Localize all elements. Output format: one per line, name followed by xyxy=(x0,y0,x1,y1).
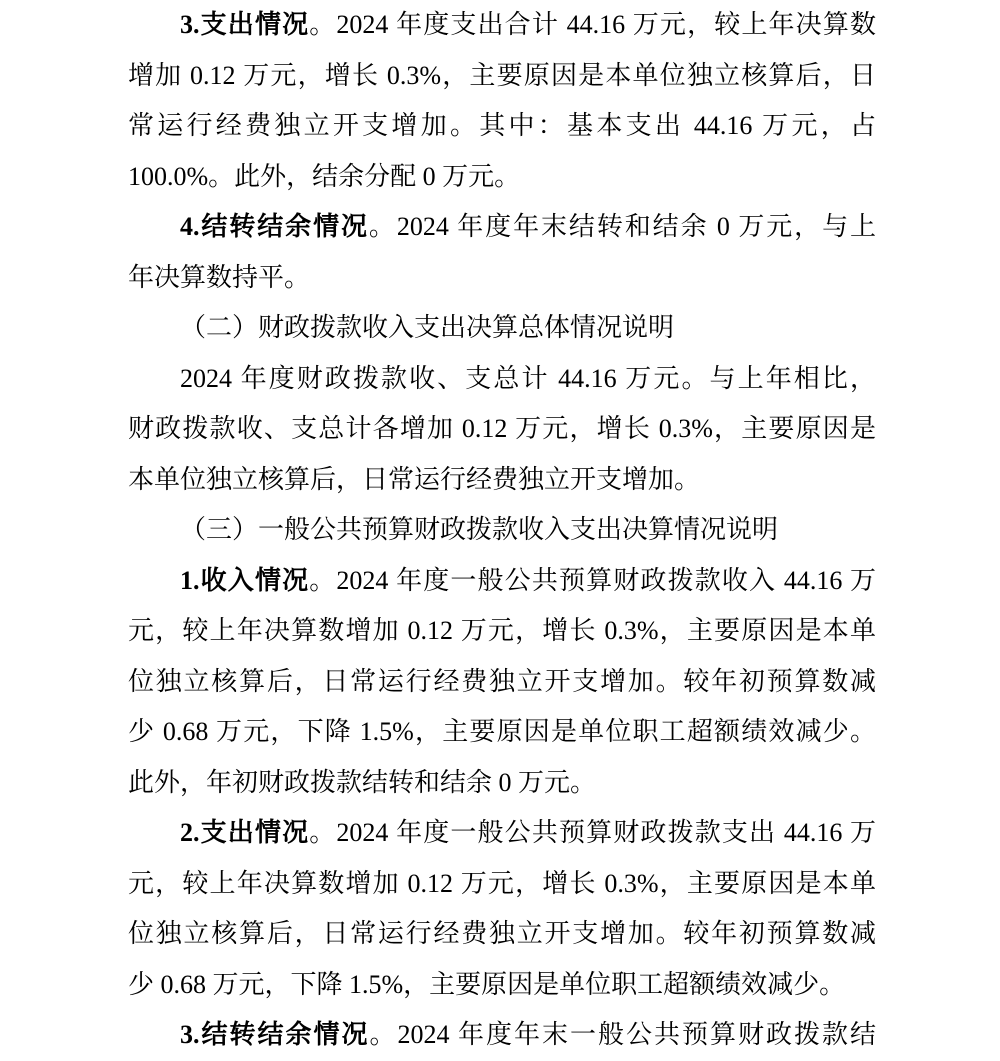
text-line: 元，较上年决算数增加 0.12 万元，增长 0.3%，主要原因是本单 xyxy=(128,606,876,657)
document-page: 3.支出情况。2024 年度支出合计 44.16 万元，较上年决算数增加 0.1… xyxy=(0,0,1000,1061)
paragraph-body-text: 位独立核算后，日常运行经费独立开支增加。较年初预算数减 xyxy=(128,919,876,948)
paragraph-body-text: 。2024 年度一般公共预算财政拨款收入 44.16 万 xyxy=(309,566,876,595)
paragraph-body-text: （三）一般公共预算财政拨款收入支出决算情况说明 xyxy=(180,515,778,544)
paragraph-body-text: 元，较上年决算数增加 0.12 万元，增长 0.3%，主要原因是本单 xyxy=(128,616,876,645)
paragraph-heading-text: 3.结转结余情况 xyxy=(180,1020,370,1049)
paragraph-body-text: 。2024 年度年末结转和结余 0 万元，与上 xyxy=(369,212,876,241)
text-line: 2024 年度财政拨款收、支总计 44.16 万元。与上年相比， xyxy=(128,354,876,405)
paragraph-body-text: 年决算数持平。 xyxy=(128,263,310,292)
paragraph-body-text: （二）财政拨款收入支出决算总体情况说明 xyxy=(180,313,674,342)
text-line: 年决算数持平。 xyxy=(128,253,876,304)
text-line: 少 0.68 万元，下降 1.5%，主要原因是单位职工超额绩效减少。 xyxy=(128,707,876,758)
text-line: 常运行经费独立开支增加。其中：基本支出 44.16 万元，占 xyxy=(128,101,876,152)
paragraph-body-text: 少 0.68 万元，下降 1.5%，主要原因是单位职工超额绩效减少。 xyxy=(128,970,845,999)
text-line: 财政拨款收、支总计各增加 0.12 万元，增长 0.3%，主要原因是 xyxy=(128,404,876,455)
paragraph-heading-text: 2.支出情况 xyxy=(180,818,309,847)
paragraph-body-text: 增加 0.12 万元，增长 0.3%，主要原因是本单位独立核算后，日 xyxy=(128,61,876,90)
text-line: 此外，年初财政拨款结转和结余 0 万元。 xyxy=(128,758,876,809)
text-line: 位独立核算后，日常运行经费独立开支增加。较年初预算数减 xyxy=(128,909,876,960)
text-line: （二）财政拨款收入支出决算总体情况说明 xyxy=(128,303,876,354)
paragraph-body-text: 此外，年初财政拨款结转和结余 0 万元。 xyxy=(128,768,596,797)
paragraph-body-text: 常运行经费独立开支增加。其中：基本支出 44.16 万元，占 xyxy=(128,111,876,140)
text-line: 4.结转结余情况。2024 年度年末结转和结余 0 万元，与上 xyxy=(128,202,876,253)
paragraph-body-text: 元，较上年决算数增加 0.12 万元，增长 0.3%，主要原因是本单 xyxy=(128,869,876,898)
paragraph-body-text: 。2024 年度一般公共预算财政拨款支出 44.16 万 xyxy=(309,818,876,847)
text-line: 少 0.68 万元，下降 1.5%，主要原因是单位职工超额绩效减少。 xyxy=(128,960,876,1011)
paragraph-heading-text: 1.收入情况 xyxy=(180,566,309,595)
text-line: 位独立核算后，日常运行经费独立开支增加。较年初预算数减 xyxy=(128,657,876,708)
paragraph-body-text: 财政拨款收、支总计各增加 0.12 万元，增长 0.3%，主要原因是 xyxy=(128,414,876,443)
paragraph-body-text: 。2024 年度支出合计 44.16 万元，较上年决算数 xyxy=(309,10,876,39)
paragraph-body-text: 少 0.68 万元，下降 1.5%，主要原因是单位职工超额绩效减少。 xyxy=(128,717,876,746)
paragraph-body-text: 100.0%。此外，结余分配 0 万元。 xyxy=(128,162,520,191)
paragraph-body-text: 2024 年度财政拨款收、支总计 44.16 万元。与上年相比， xyxy=(180,364,876,393)
text-line: 100.0%。此外，结余分配 0 万元。 xyxy=(128,152,876,203)
text-line: 增加 0.12 万元，增长 0.3%，主要原因是本单位独立核算后，日 xyxy=(128,51,876,102)
paragraph-body-text: 位独立核算后，日常运行经费独立开支增加。较年初预算数减 xyxy=(128,667,876,696)
text-line: 3.结转结余情况。2024 年度年末一般公共预算财政拨款结 xyxy=(128,1010,876,1061)
text-line: 3.支出情况。2024 年度支出合计 44.16 万元，较上年决算数 xyxy=(128,0,876,51)
text-line: 1.收入情况。2024 年度一般公共预算财政拨款收入 44.16 万 xyxy=(128,556,876,607)
paragraph-heading-text: 3.支出情况 xyxy=(180,10,309,39)
text-line: （三）一般公共预算财政拨款收入支出决算情况说明 xyxy=(128,505,876,556)
document-body: 3.支出情况。2024 年度支出合计 44.16 万元，较上年决算数增加 0.1… xyxy=(128,0,876,1061)
paragraph-heading-text: 4.结转结余情况 xyxy=(180,212,369,241)
paragraph-body-text: 本单位独立核算后，日常运行经费独立开支增加。 xyxy=(128,465,700,494)
text-line: 2.支出情况。2024 年度一般公共预算财政拨款支出 44.16 万 xyxy=(128,808,876,859)
text-line: 元，较上年决算数增加 0.12 万元，增长 0.3%，主要原因是本单 xyxy=(128,859,876,910)
paragraph-body-text: 。2024 年度年末一般公共预算财政拨款结 xyxy=(370,1020,876,1049)
text-line: 本单位独立核算后，日常运行经费独立开支增加。 xyxy=(128,455,876,506)
